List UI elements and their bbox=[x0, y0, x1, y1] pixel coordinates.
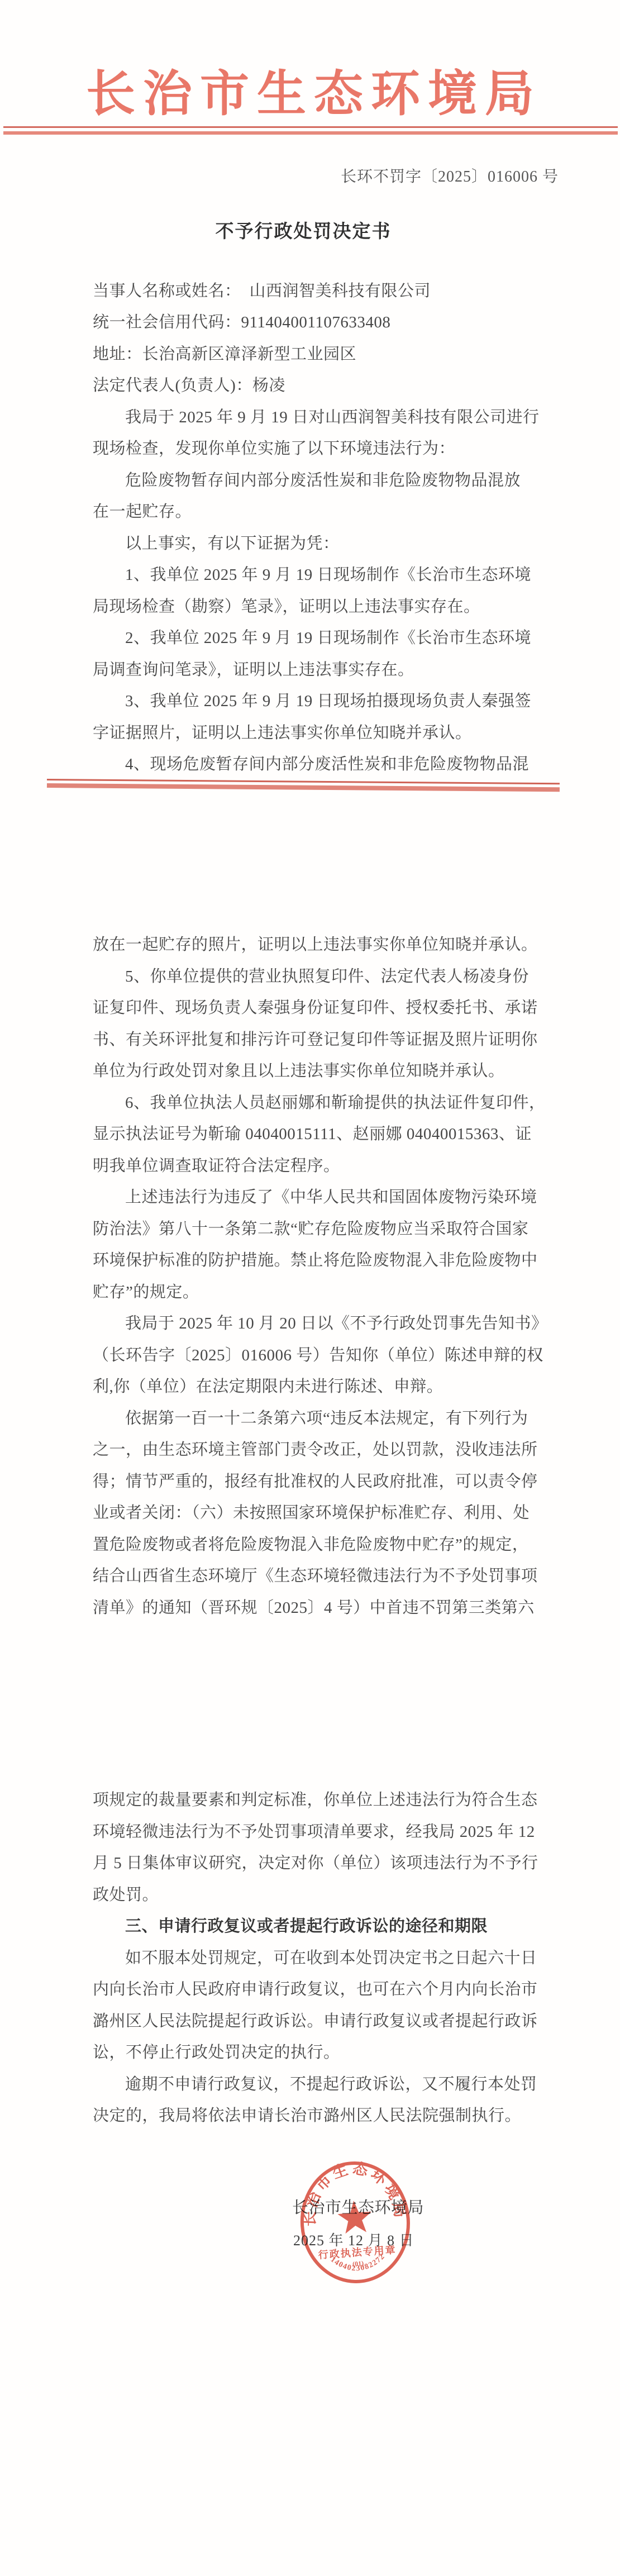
body-line-7: 危险废物暂存间内部分废活性炭和非危险废物物品混放 bbox=[125, 473, 521, 489]
body-line-39: 项规定的裁量要素和判定标准，你单位上述违法行为符合生态 bbox=[93, 1792, 538, 1808]
body-line-5: 我局于 2025 年 9 月 19 日对山西润智美科技有限公司进行 bbox=[125, 410, 540, 426]
body-line-11: 局现场检查（勘察）笔录》，证明以上违法事实存在。 bbox=[93, 599, 480, 615]
body-line-37: 结合山西省生态环境厅《生态环境轻微违法行为不予处罚事项 bbox=[93, 1568, 538, 1584]
body-line-13: 局调查询问笔录》，证明以上违法事实存在。 bbox=[93, 662, 414, 678]
body-line-22: 6、我单位执法人员赵丽娜和靳瑜提供的执法证件复印件， bbox=[125, 1095, 546, 1111]
letterhead-rule-thin bbox=[3, 126, 618, 128]
body-line-24: 明我单位调查取证符合法定程序。 bbox=[93, 1158, 340, 1174]
body-line-21: 单位为行政处罚对象且以上违法事实你单位知晓并承认。 bbox=[93, 1063, 505, 1079]
body-line-2: 统一社会信用代码：911404001107633408 bbox=[93, 315, 390, 331]
body-line-45: 内向长治市人民政府申请行政复议，也可在六个月内向长治市 bbox=[93, 1982, 538, 1998]
body-line-25: 上述违法行为违反了《中华人民共和国固体废物污染环境 bbox=[125, 1189, 537, 1206]
page-divider-rule-thick bbox=[47, 783, 560, 792]
seal-star-icon bbox=[337, 2199, 373, 2234]
body-line-42: 政处罚。 bbox=[93, 1887, 159, 1903]
body-line-26: 防治法》第八十一条第二款“贮存危险废物应当采取符合国家 bbox=[93, 1221, 528, 1237]
body-line-15: 字证据照片，证明以上违法事实你单位知晓并承认。 bbox=[93, 725, 472, 741]
body-line-23: 显示执法证号为靳瑜 04040015111、赵丽娜 04040015363、证 bbox=[93, 1126, 532, 1142]
body-line-20: 书、有关环评批复和排污许可登记复印件等证据及照片证明你 bbox=[93, 1032, 538, 1048]
body-line-46: 潞州区人民法院提起行政诉讼。申请行政复议或者提起行政诉 bbox=[93, 2013, 538, 2030]
body-line-16: 4、现场危废暂存间内部分废活性炭和非危险废物物品混 bbox=[125, 756, 529, 773]
body-line-3: 地址：长治高新区漳泽新型工业园区 bbox=[93, 346, 356, 363]
body-line-49: 决定的，我局将依法申请长治市潞州区人民法院强制执行。 bbox=[93, 2108, 521, 2124]
body-line-14: 3、我单位 2025 年 9 月 19 日现场拍摄现场负责人秦强签 bbox=[125, 693, 531, 710]
body-line-28: 贮存”的规定。 bbox=[93, 1284, 199, 1301]
body-line-19: 证复印件、现场负责人秦强身份证复印件、授权委托书、承诺 bbox=[93, 1000, 538, 1016]
body-line-48: 逾期不申请行政复议，不提起行政诉讼，又不履行本处罚 bbox=[125, 2077, 537, 2093]
body-line-10: 1、我单位 2025 年 9 月 19 日现场制作《长治市生态环境 bbox=[125, 567, 531, 583]
body-line-31: 利,你（单位）在法定期限内未进行陈述、申辩。 bbox=[93, 1379, 443, 1395]
body-line-17: 放在一起贮存的照片，证明以上违法事实你单位知晓并承认。 bbox=[93, 937, 538, 953]
body-line-34: 得；情节严重的，报经有批准权的人民政府批准，可以责令停 bbox=[93, 1474, 538, 1490]
body-line-4: 法定代表人(负责人)：杨凌 bbox=[93, 378, 285, 394]
body-line-32: 依据第一百一十二条第六项“违反本法规定，有下列行为 bbox=[125, 1411, 528, 1427]
body-line-44: 如不服本处罚规定，可在收到本处罚决定书之日起六十日 bbox=[125, 1950, 537, 1966]
body-line-40: 环境轻微违法行为不予处罚事项清单要求，经我局 2025 年 12 bbox=[93, 1824, 535, 1840]
body-line-35: 业或者关闭：（六）未按照国家环境保护标准贮存、利用、处 bbox=[93, 1505, 530, 1521]
body-line-36: 置危险废物或者将危险废物混入非危险废物中贮存”的规定， bbox=[93, 1537, 528, 1553]
body-line-6: 现场检查，发现你单位实施了以下环境违法行为： bbox=[93, 441, 455, 457]
body-line-38: 清单》的通知（晋环规〔2025〕4 号）中首违不罚第三类第六 bbox=[93, 1600, 535, 1616]
body-line-12: 2、我单位 2025 年 9 月 19 日现场制作《长治市生态环境 bbox=[125, 630, 531, 646]
body-line-18: 5、你单位提供的营业执照复印件、法定代表人杨凌身份 bbox=[125, 969, 529, 985]
body-line-33: 之一，由生态环境主管部门责令改正，处以罚款，没收违法所 bbox=[93, 1442, 538, 1458]
document-title: 不予行政处罚决定书 bbox=[0, 222, 613, 240]
body-line-41: 月 5 日集体审议研究，决定对你（单位）该项违法行为不予行 bbox=[93, 1855, 538, 1872]
document-page: 长治市生态环境局 长环不罚字〔2025〕016006 号 不予行政处罚决定书 当… bbox=[0, 0, 620, 2576]
document-number: 长环不罚字〔2025〕016006 号 bbox=[341, 169, 559, 185]
body-line-27: 环境保护标准的防护措施。禁止将危险废物混入非危险废物中 bbox=[93, 1253, 538, 1269]
body-line-47: 讼，不停止行政处罚决定的执行。 bbox=[93, 2045, 340, 2061]
letterhead-rule-thick bbox=[3, 131, 618, 135]
body-line-30: （长环告字〔2025〕016006 号）告知你（单位）陈述申辩的权 bbox=[93, 1347, 543, 1364]
body-line-29: 我局于 2025 年 10 月 20 日以《不予行政处罚事先告知书》 bbox=[125, 1316, 548, 1332]
letterhead-agency-title: 长治市生态环境局 bbox=[0, 70, 620, 120]
official-seal: 长治市生态环境局 行政执法专用章 (01) 1404023082272 bbox=[294, 2156, 416, 2290]
body-line-8: 在一起贮存。 bbox=[93, 504, 192, 520]
body-line-43: 三、申请行政复议或者提起行政诉讼的途径和期限 bbox=[125, 1918, 488, 1935]
body-line-9: 以上事实，有以下证据为凭： bbox=[125, 536, 340, 552]
body-line-1: 当事人名称或姓名： 山西润智美科技有限公司 bbox=[93, 283, 431, 299]
